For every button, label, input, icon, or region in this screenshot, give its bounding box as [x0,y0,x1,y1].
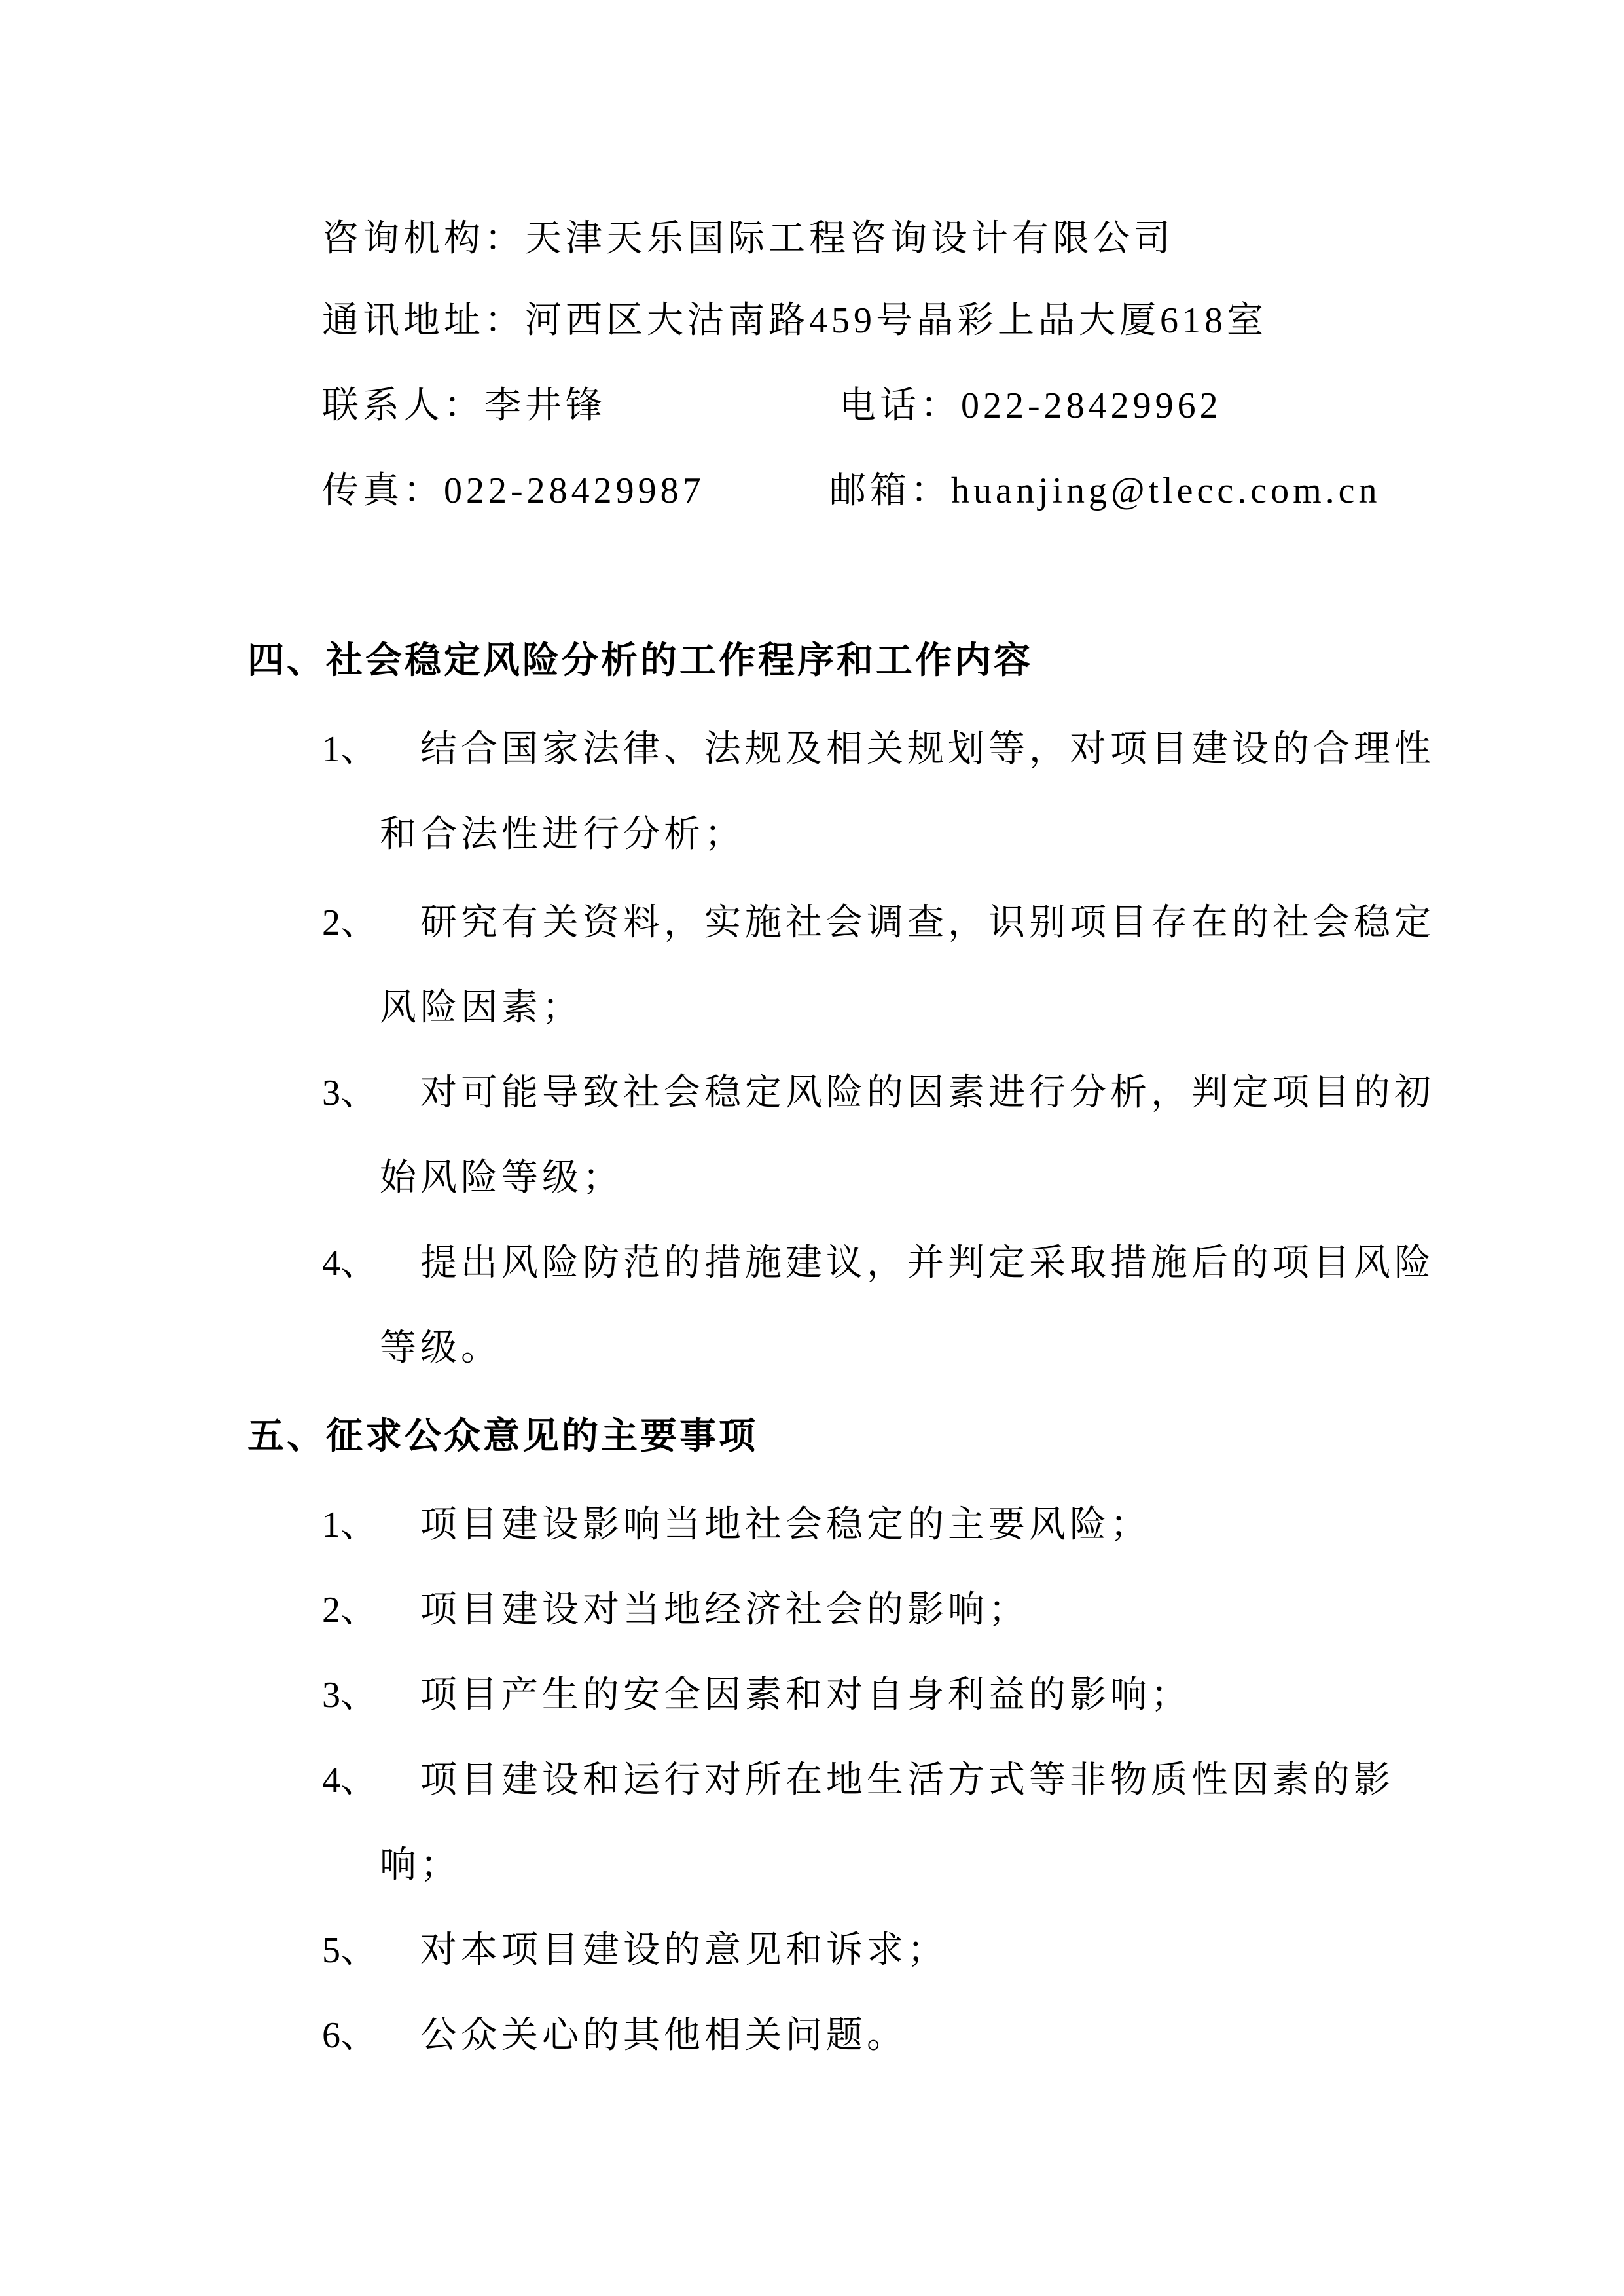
address-line: 通讯地址：河西区大沽南路459号晶彩上品大厦618室 [322,298,1267,344]
person-value: 李井锋 [484,386,606,426]
agency-line: 咨询机构：天津天乐国际工程咨询设计有限公司 [322,216,1174,262]
section4-item-1: 1、结合国家法律、法规及相关规划等，对项目建设的合理性 [322,726,1435,772]
section4-item-3: 3、对可能导致社会稳定风险的因素进行分析，判定项目的初 [322,1070,1435,1116]
section5-item-5: 5、对本项目建设的意见和诉求； [322,1928,948,1973]
phone-label: 电话： [839,386,961,426]
section4-heading: 四、社会稳定风险分析的工作程序和工作内容 [247,638,1033,684]
agency-value: 天津天乐国际工程咨询设计有限公司 [525,219,1174,259]
item-text: 项目建设和运行对所在地生活方式等非物质性因素的影 [420,1760,1394,1801]
section4-item-1-cont: 和合法性进行分析； [380,812,745,857]
section4-item-4-cont: 等级。 [380,1325,501,1371]
item-text: 提出风险防范的措施建议，并判定采取措施后的项目风险 [420,1243,1435,1283]
item-text: 对本项目建设的意见和诉求； [420,1930,948,1971]
item-number: 2、 [322,1587,420,1633]
item-text: 公众关心的其他相关问题。 [420,2015,907,2056]
email-label: 邮箱： [829,471,951,511]
section5-item-2: 2、项目建设对当地经济社会的影响； [322,1587,1029,1633]
person-phone-line: 联系人：李井锋 电话：022-28429962 [322,383,1435,429]
section4-item-3-cont: 始风险等级； [380,1155,623,1201]
fax-label: 传真： [322,471,444,511]
email-value: huanjing@tlecc.com.cn [951,471,1381,511]
section5-item-4: 4、项目建设和运行对所在地生活方式等非物质性因素的影 [322,1757,1394,1803]
phone-value: 022-28429962 [961,386,1222,426]
email-field: 邮箱：huanjing@tlecc.com.cn [829,468,1381,514]
item-number: 4、 [322,1757,420,1803]
fax-email-line: 传真：022-28429987 邮箱：huanjing@tlecc.com.cn [322,468,1500,514]
phone-field: 电话：022-28429962 [839,383,1222,429]
item-text: 项目产生的安全因素和对自身利益的影响； [420,1675,1191,1715]
agency-label: 咨询机构： [322,219,525,259]
item-number: 4、 [322,1240,420,1286]
section4-item-4: 4、提出风险防范的措施建议，并判定采取措施后的项目风险 [322,1240,1435,1286]
item-number: 6、 [322,2013,420,2058]
item-number: 5、 [322,1928,420,1973]
item-text: 结合国家法律、法规及相关规划等，对项目建设的合理性 [420,729,1435,770]
person-label: 联系人： [322,386,484,426]
item-number: 3、 [322,1672,420,1718]
section5-item-4-cont: 响； [380,1842,461,1888]
section4-item-2-cont: 风险因素； [380,985,583,1031]
section4-item-2: 2、研究有关资料，实施社会调查，识别项目存在的社会稳定 [322,900,1435,946]
item-number: 2、 [322,900,420,946]
section5-heading: 五、征求公众意见的主要事项 [247,1414,758,1460]
item-text: 项目建设对当地经济社会的影响； [420,1590,1029,1630]
address-label: 通讯地址： [322,300,525,341]
fax-value: 022-28429987 [444,471,705,511]
item-number: 1、 [322,1502,420,1548]
item-text: 对可能导致社会稳定风险的因素进行分析，判定项目的初 [420,1073,1435,1113]
address-value: 河西区大沽南路459号晶彩上品大厦618室 [525,300,1267,341]
item-number: 3、 [322,1070,420,1116]
item-number: 1、 [322,726,420,772]
section5-item-1: 1、项目建设影响当地社会稳定的主要风险； [322,1502,1151,1548]
section5-item-3: 3、项目产生的安全因素和对自身利益的影响； [322,1672,1191,1718]
section5-item-6: 6、公众关心的其他相关问题。 [322,2013,907,2058]
item-text: 研究有关资料，实施社会调查，识别项目存在的社会稳定 [420,903,1435,943]
item-text: 项目建设影响当地社会稳定的主要风险； [420,1505,1151,1545]
